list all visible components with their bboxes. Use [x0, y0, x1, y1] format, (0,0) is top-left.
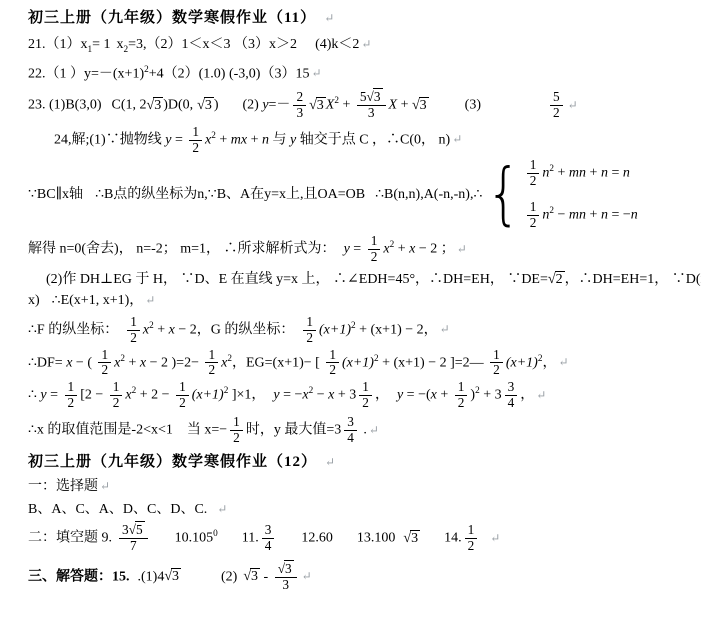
- fraction-denominator: 2: [98, 363, 111, 378]
- fraction: 12: [98, 348, 111, 379]
- text-run: =: [47, 388, 62, 403]
- text-run: 三、解答题：15.: [28, 569, 130, 584]
- paragraph-mark-icon: ↵: [568, 98, 578, 112]
- line-q21: 21.（1）x1= 1x2=3,（2）1＜x＜3 （3）x＞2(4)k＜2↵: [28, 36, 697, 55]
- fraction-numerator: 5√3: [357, 90, 386, 106]
- text-run: n: [262, 132, 269, 147]
- fraction: 12: [527, 200, 540, 231]
- sqrt-radical: √5: [129, 523, 145, 538]
- fraction-denominator: 2: [326, 363, 339, 378]
- fraction-denominator: 3: [365, 106, 378, 121]
- text-run: mn: [569, 165, 586, 180]
- text-run: 当 x=−: [187, 423, 227, 438]
- fraction: 12: [490, 348, 503, 379]
- text-run: 2: [208, 362, 215, 377]
- text-run: 2: [130, 330, 137, 345]
- text-run: (4)k＜2: [315, 37, 359, 52]
- line-q24-solution: 解得 n=0(舍去)， n=-2； m=1， ∴所求解析式为：y = 12x2 …: [28, 234, 697, 265]
- text-run: n: [601, 165, 608, 180]
- text-run: 3: [368, 105, 375, 120]
- fraction-numerator: 1: [455, 380, 468, 396]
- fraction: 52: [550, 90, 563, 121]
- fraction: 23: [293, 90, 306, 121]
- text-run: (2): [242, 98, 262, 113]
- text-run: 4: [508, 395, 515, 410]
- fraction: 12: [465, 523, 478, 554]
- radicand: 3: [410, 530, 420, 546]
- fraction-numerator: 1: [98, 348, 111, 364]
- fraction-denominator: 4: [262, 539, 275, 554]
- text-run: 与: [269, 132, 290, 147]
- title-homework-11: 初三上册（九年级）数学寒假作业（11）↵: [28, 8, 697, 28]
- text-run: .: [360, 423, 367, 438]
- fraction-denominator: 2: [359, 396, 372, 411]
- paragraph-mark-icon: ↵: [558, 355, 568, 369]
- fraction: 12: [359, 380, 372, 411]
- text-run: 3: [282, 577, 289, 592]
- text-run: + (x+1) − 2，: [356, 322, 438, 337]
- line-y-equation: ∴ y = 12[2 − 12x2 + 2 − 12(x+1)2 ]×1，y =…: [28, 380, 697, 411]
- fraction: 12: [230, 415, 243, 446]
- sqrt-radical: √3: [403, 530, 420, 549]
- text-run: 1: [306, 314, 313, 329]
- text-run: 2: [101, 362, 108, 377]
- text-run: 2: [458, 395, 465, 410]
- text-run: 2: [68, 395, 75, 410]
- text-run: )D(0,: [163, 98, 193, 113]
- text-run: +: [586, 208, 601, 223]
- radicand: 3: [373, 88, 383, 104]
- text-run: =: [608, 165, 623, 180]
- superscript: 0: [213, 528, 218, 538]
- fraction-numerator: 3: [262, 523, 275, 539]
- line-choice-answers: B、A、C、A、D、C、D、C.↵: [28, 501, 697, 520]
- text-run: +: [339, 98, 354, 113]
- text-run: 3: [296, 105, 303, 120]
- text-run: 3: [347, 414, 354, 429]
- text-run: mn: [569, 208, 586, 223]
- sqrt-radical: √3: [197, 97, 214, 116]
- system-equation: 12n2 − mn + n = −n: [524, 200, 638, 231]
- fraction: 12: [176, 380, 189, 411]
- line-df-eg: ∴DF= x − ( 12x2 + x − 2 )=2− 12x2，EG=(x+…: [28, 348, 697, 379]
- fraction-denominator: 4: [505, 396, 518, 411]
- text-run: 2: [553, 105, 560, 120]
- text-run: 3: [265, 522, 272, 537]
- fraction-denominator: 3: [279, 578, 292, 593]
- paragraph-mark-icon: ↵: [457, 242, 467, 256]
- sqrt-radical: √3: [278, 562, 294, 577]
- text-run: 1: [530, 199, 537, 214]
- fraction-denominator: 2: [127, 331, 140, 346]
- text-run: 4: [347, 430, 354, 445]
- text-run: n: [623, 165, 630, 180]
- text-run: 轴交于点 C ，∴C(0， n): [296, 132, 450, 147]
- radicand: 3: [316, 97, 326, 113]
- radicand: 3: [419, 97, 429, 113]
- paragraph-mark-icon: ↵: [440, 322, 450, 336]
- fraction-numerator: 2: [293, 90, 306, 106]
- fraction-denominator: 2: [465, 539, 478, 554]
- sqrt-radical: √3: [412, 97, 429, 116]
- text-run: 1: [208, 347, 215, 362]
- fraction-denominator: 2: [230, 431, 243, 446]
- text-run: ]×1，: [228, 388, 265, 403]
- text-run: − 2 ；: [415, 242, 454, 257]
- line-q22: 22.（1 ）y=－(x+1)2+4（2）(1.0) (-3,0)（3）15↵: [28, 63, 697, 85]
- line-fill-answers: 二：填空题 9.3√5710.105011.3412.6013.100√314.…: [28, 523, 697, 554]
- text-run: C(1, 2: [112, 98, 147, 113]
- sqrt-radical: √3: [243, 568, 260, 587]
- text-run: +: [394, 242, 409, 257]
- fraction: 12: [205, 348, 218, 379]
- text-run: ∵BC∥x轴: [28, 187, 83, 202]
- text-run: 14.: [444, 531, 462, 546]
- text-run: 2: [530, 173, 537, 188]
- text-run: 2: [296, 89, 303, 104]
- text-run: 2: [329, 362, 336, 377]
- fraction-numerator: 1: [368, 234, 381, 250]
- text-run: 1: [468, 522, 475, 537]
- text-run: − 2，G 的纵坐标：: [175, 322, 295, 337]
- system-brace-icon: {: [486, 164, 520, 225]
- paragraph-mark-icon: ↵: [324, 11, 335, 25]
- text-run: ∴B(n,n),A(-n,-n),∴: [375, 187, 482, 202]
- text-run: (x+1): [319, 322, 351, 337]
- text-run: B、A、C、A、D、C、D、C.: [28, 502, 207, 517]
- sqrt-radical: √3: [164, 568, 181, 587]
- text-run: ∴DF=: [28, 355, 66, 370]
- radicand: 3: [171, 568, 181, 584]
- text-run: ∴: [28, 388, 40, 403]
- text-run: − 2 )=2−: [146, 355, 202, 370]
- sqrt-radical: √2: [548, 271, 565, 290]
- text-run: + (x+1) − 2 ]=2—: [379, 355, 488, 370]
- fraction-numerator: 1: [359, 380, 372, 396]
- text-run: −: [313, 388, 328, 403]
- text-run: +: [247, 132, 262, 147]
- fraction: 12: [127, 315, 140, 346]
- paragraph-mark-icon: ↵: [490, 531, 500, 545]
- fraction: 12: [110, 380, 123, 411]
- text-run: 1: [68, 379, 75, 394]
- text-run: (x+1): [506, 355, 538, 370]
- fraction-denominator: 2: [110, 396, 123, 411]
- fraction-numerator: 1: [527, 158, 540, 174]
- text-run: 1: [530, 157, 537, 172]
- text-run: −: [554, 208, 569, 223]
- text-run: +: [586, 165, 601, 180]
- fraction-numerator: 1: [176, 380, 189, 396]
- text-run: .(1)4: [138, 569, 165, 584]
- paragraph-mark-icon: ↵: [217, 502, 227, 516]
- paragraph-mark-icon: ↵: [311, 66, 321, 80]
- text-run: +: [154, 322, 169, 337]
- fraction: 5√33: [357, 90, 386, 121]
- fraction-denominator: 2: [490, 363, 503, 378]
- text-run: 2: [371, 249, 378, 264]
- radical-sign-icon: √: [412, 98, 419, 113]
- text-run: mx: [231, 132, 247, 147]
- fraction-numerator: 3√5: [119, 523, 148, 539]
- radical-sign-icon: √: [548, 272, 555, 287]
- fraction-denominator: 7: [127, 539, 140, 554]
- fraction-numerator: 1: [110, 380, 123, 396]
- text-run: + 2 −: [136, 388, 173, 403]
- fraction-numerator: 1: [189, 125, 202, 141]
- fraction: 12: [326, 348, 339, 379]
- text-run: 1: [179, 379, 186, 394]
- text-run: +: [125, 355, 140, 370]
- text-run: 1: [233, 414, 240, 429]
- line-f-g-coords: ∴F 的纵坐标：12x2 + x − 2，G 的纵坐标：12(x+1)2 + (…: [28, 315, 697, 346]
- line-section-choice: 一：选择题↵: [28, 478, 697, 497]
- text-run: ∴F 的纵坐标：: [28, 322, 118, 337]
- text-run: (x+1): [342, 355, 374, 370]
- text-run: ，∴DH=EH=1， ∵D(x,: [565, 272, 701, 287]
- text-run: 13.100: [357, 531, 396, 546]
- fraction-numerator: 1: [465, 523, 478, 539]
- text-run: (2): [221, 569, 237, 584]
- fraction: √33: [275, 562, 297, 593]
- text-run: 1: [458, 379, 465, 394]
- text-run: 2: [306, 330, 313, 345]
- fraction-numerator: 3: [505, 380, 518, 396]
- title-homework-12: 初三上册（九年级）数学寒假作业（12）↵: [28, 452, 697, 472]
- radical-sign-icon: √: [309, 98, 316, 113]
- system-rows: 12n2 + mn + n = n12n2 − mn + n = −n: [524, 158, 638, 232]
- fraction: 12: [455, 380, 468, 411]
- text-run: = 1: [92, 37, 110, 52]
- fraction: 12: [303, 315, 316, 346]
- text-run: 1: [130, 314, 137, 329]
- fraction-denominator: 3: [293, 106, 306, 121]
- fraction: 12: [65, 380, 78, 411]
- text-run: ，: [542, 355, 556, 370]
- text-run: 2: [113, 395, 120, 410]
- text-run: ，: [375, 388, 389, 403]
- text-run: 12.60: [301, 531, 333, 546]
- text-run: (3): [465, 98, 481, 113]
- fraction-numerator: 1: [65, 380, 78, 396]
- fraction-numerator: 5: [550, 90, 563, 106]
- text-run: =－: [269, 98, 291, 113]
- text-run: 24,解;(1)∵抛物线: [54, 132, 165, 147]
- system-equation: 12n2 + mn + n = n: [524, 158, 638, 189]
- text-run: 1: [101, 347, 108, 362]
- text-run: (2)作 DH⊥EG 于 H， ∵D、E 在直线 y=x 上， ∴∠EDH=45…: [46, 272, 548, 287]
- sqrt-radical: √3: [147, 97, 164, 116]
- radicand: 3: [284, 560, 294, 576]
- fraction: 34: [505, 380, 518, 411]
- fraction-denominator: 2: [527, 216, 540, 231]
- paragraph-mark-icon: ↵: [452, 132, 462, 146]
- text-run: +4（2）(1.0) (-3,0)（3）15: [149, 66, 310, 81]
- text-run: 2: [493, 362, 500, 377]
- text-run: + 3: [334, 388, 356, 403]
- line-q24-start: 24,解;(1)∵抛物线 y = 12x2 + mx + n 与 y 轴交于点 …: [28, 125, 697, 156]
- text-run: 11.: [242, 531, 259, 546]
- text-run: 4: [265, 538, 272, 553]
- radical-sign-icon: √: [367, 89, 373, 104]
- text-run: 1: [192, 124, 199, 139]
- text-run: 初三上册（九年级）数学寒假作业（12）: [28, 454, 317, 470]
- fraction: 34: [344, 415, 357, 446]
- paragraph-mark-icon: ↵: [369, 423, 379, 437]
- paragraph-mark-icon: ↵: [361, 37, 371, 51]
- text-run: 1: [113, 379, 120, 394]
- text-run: ∴E(x+1, x+1)，: [52, 293, 144, 308]
- text-run: x: [117, 37, 124, 52]
- radicand: 3: [204, 97, 214, 113]
- text-run: +: [216, 132, 231, 147]
- text-run: ∴B点的纵坐标为n,∵B、A在y=x上,且OA=OB: [95, 187, 365, 202]
- text-run: = −(: [403, 388, 430, 403]
- fraction: 12: [527, 158, 540, 189]
- fraction-denominator: 2: [527, 174, 540, 189]
- line-q24-part2-b: x)∴E(x+1, x+1)，↵: [28, 292, 697, 311]
- fraction-denominator: 2: [205, 363, 218, 378]
- text-run: ): [214, 98, 219, 113]
- text-run: +: [437, 388, 452, 403]
- sqrt-radical: √3: [309, 97, 326, 116]
- radical-sign-icon: √: [164, 569, 171, 584]
- text-run: X: [389, 98, 398, 113]
- fraction-denominator: 4: [344, 431, 357, 446]
- fraction-numerator: 1: [326, 348, 339, 364]
- text-run: (x+1): [192, 388, 224, 403]
- fraction: 12: [189, 125, 202, 156]
- text-run: 一：选择题: [28, 479, 98, 494]
- line-q23: 23. (1)B(3,0)C(1, 2√3)D(0,√3)(2) y=－23√3…: [28, 90, 697, 121]
- fraction-denominator: 2: [368, 250, 381, 265]
- text-run: n: [631, 208, 638, 223]
- radicand: 2: [555, 271, 565, 287]
- fraction: 12: [368, 234, 381, 265]
- text-run: 1: [493, 347, 500, 362]
- text-run: ，EG=(x+1)− [: [232, 355, 323, 370]
- fraction-numerator: 1: [205, 348, 218, 364]
- line-solve-answers: 三、解答题：15..(1)4√3(2)√3 - √33↵: [28, 562, 697, 593]
- fraction-numerator: 1: [230, 415, 243, 431]
- radical-sign-icon: √: [197, 98, 204, 113]
- line-q24-part2-a: (2)作 DH⊥EG 于 H， ∵D、E 在直线 y=x 上， ∴∠EDH=45…: [28, 271, 697, 290]
- text-run: =: [350, 242, 365, 257]
- fraction-denominator: 2: [455, 396, 468, 411]
- text-run: 3: [122, 522, 129, 537]
- fraction-numerator: 1: [527, 200, 540, 216]
- text-run: 2: [362, 395, 369, 410]
- fraction-numerator: 1: [127, 315, 140, 331]
- line-q24-system: ∵BC∥x轴∴B点的纵坐标为n,∵B、A在y=x上,且OA=OB∴B(n,n),…: [28, 158, 697, 232]
- paragraph-mark-icon: ↵: [536, 388, 546, 402]
- text-run: 3: [508, 379, 515, 394]
- text-run: x): [28, 293, 40, 308]
- text-run: 2: [233, 430, 240, 445]
- text-run: = −: [608, 208, 631, 223]
- text-run: ，: [520, 388, 534, 403]
- text-run: 2: [192, 140, 199, 155]
- fraction-denominator: 2: [65, 396, 78, 411]
- text-run: 2: [530, 215, 537, 230]
- paragraph-mark-icon: ↵: [145, 293, 155, 307]
- paragraph-mark-icon: ↵: [302, 569, 312, 583]
- text-run: 时，y 最大值=3: [246, 423, 341, 438]
- text-run: + 3: [480, 388, 502, 403]
- text-run: 23. (1)B(3,0): [28, 98, 102, 113]
- text-run: 10.105: [175, 531, 214, 546]
- text-run: 初三上册（九年级）数学寒假作业（11）: [28, 10, 316, 26]
- fraction-denominator: 2: [303, 331, 316, 346]
- text-run: n: [601, 208, 608, 223]
- text-run: 2: [179, 395, 186, 410]
- line-x-range: ∴x 的取值范围是-2<x<1当 x=−12时，y 最大值=334 .↵: [28, 415, 697, 446]
- equation-system: {12n2 + mn + n = n12n2 − mn + n = −n: [486, 158, 637, 232]
- text-run: =: [171, 132, 186, 147]
- fraction-denominator: 2: [176, 396, 189, 411]
- sqrt-radical: √3: [367, 90, 383, 105]
- paragraph-mark-icon: ↵: [325, 455, 336, 469]
- text-run: -: [260, 569, 272, 584]
- text-run: 解得 n=0(舍去)， n=-2； m=1， ∴所求解析式为：: [28, 242, 336, 257]
- paragraph-mark-icon: ↵: [100, 479, 110, 493]
- text-run: 21.（1）x: [28, 37, 88, 52]
- text-run: = −: [280, 388, 303, 403]
- text-run: 1: [329, 347, 336, 362]
- radicand: 5: [135, 521, 145, 537]
- text-run: 1: [371, 233, 378, 248]
- fraction-numerator: 1: [490, 348, 503, 364]
- fraction-numerator: 3: [344, 415, 357, 431]
- fraction-denominator: 2: [550, 106, 563, 121]
- text-run: +: [554, 165, 569, 180]
- text-run: 7: [130, 538, 137, 553]
- text-run: 5: [360, 89, 367, 104]
- radicand: 3: [250, 568, 260, 584]
- fraction-denominator: 2: [189, 141, 202, 156]
- text-run: 二：填空题 9.: [28, 531, 112, 546]
- document-page: 初三上册（九年级）数学寒假作业（11）↵21.（1）x1= 1x2=3,（2）1…: [0, 0, 701, 592]
- fraction-numerator: √3: [275, 562, 297, 578]
- fraction: 3√57: [119, 523, 148, 554]
- text-run: +: [397, 98, 412, 113]
- text-run: ∴x 的取值范围是-2<x<1: [28, 423, 173, 438]
- text-run: − (: [72, 355, 95, 370]
- radicand: 3: [153, 97, 163, 113]
- text-run: [2 −: [80, 388, 107, 403]
- text-run: 5: [553, 89, 560, 104]
- fraction: 34: [262, 523, 275, 554]
- text-run: 22.（1 ）y=－(x+1): [28, 66, 144, 81]
- text-run: =3,（2）1＜x＜3 （3）x＞2: [128, 37, 297, 52]
- fraction-numerator: 1: [303, 315, 316, 331]
- text-run: 2: [468, 538, 475, 553]
- text-run: 1: [362, 379, 369, 394]
